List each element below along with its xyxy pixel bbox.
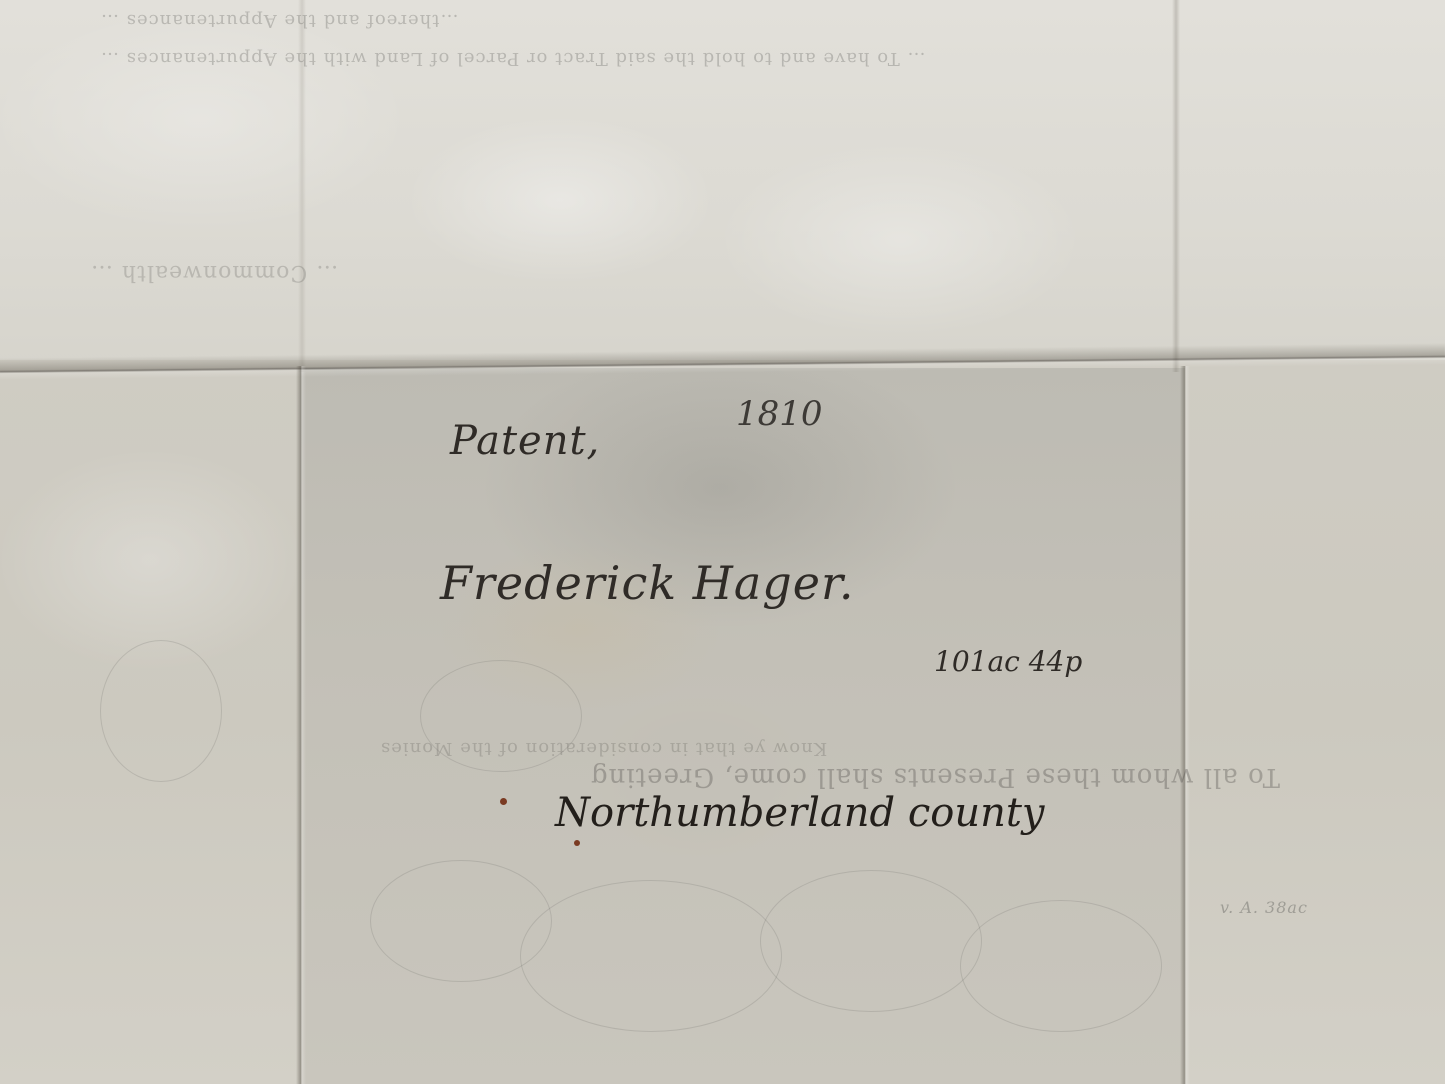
county-name: Northumberland county <box>555 790 1045 836</box>
bleed-through-heading: To all whom these Presents shall come, G… <box>590 762 1280 792</box>
acreage: 101ac 44p <box>934 645 1082 678</box>
bleed-through-text: …thereof and the Appurtenances … <box>100 10 458 31</box>
fold-line <box>1172 0 1180 372</box>
docket-title: Patent, <box>450 418 600 464</box>
vertical-fold-line-left <box>296 366 306 1084</box>
margin-note: v. A. 38ac <box>1220 898 1308 917</box>
engraved-flourish <box>520 880 782 1032</box>
grantee-name: Frederick Hager. <box>440 556 855 610</box>
ink-stain <box>574 840 580 846</box>
vertical-fold-line-right <box>1180 366 1190 1084</box>
engraved-seal <box>100 640 222 782</box>
engraved-flourish <box>960 900 1162 1032</box>
bleed-through-text: … Commonwealth … <box>90 260 338 285</box>
bleed-through-text: … To have and to hold the said Tract or … <box>100 48 926 69</box>
docket-year: 1810 <box>736 394 823 434</box>
engraved-flourish <box>760 870 982 1012</box>
handwritten-flourish <box>420 660 582 772</box>
ink-stain <box>500 798 507 805</box>
document-photo: …thereof and the Appurtenances … … To ha… <box>0 0 1445 1084</box>
